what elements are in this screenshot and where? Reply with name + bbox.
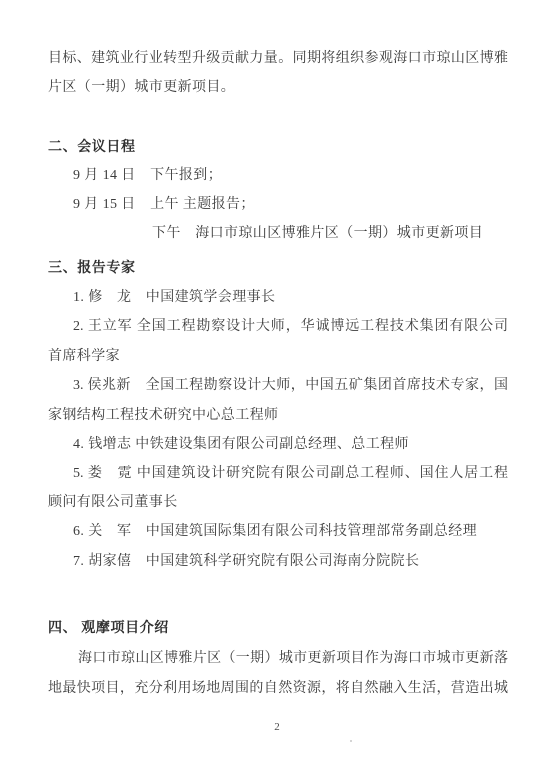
- expert-item-5-line-1: 5. 娄 霓 中国建筑设计研究院有限公司副总工程师、国住人居工程: [48, 465, 508, 482]
- expert-item-1: 1. 修 龙 中国建筑学会理事长: [48, 289, 508, 306]
- tour-line-2: 地最快项目，充分利用场地周围的自然资源，将自然融入生活，营造出城: [48, 680, 508, 697]
- experts-heading: 三、报告专家: [48, 260, 508, 277]
- page-number: 2: [0, 720, 554, 734]
- agenda-heading: 二、会议日程: [48, 139, 508, 156]
- intro-line-1: 目标、建筑业行业转型升级贡献力量。同期将组织参观海口市琼山区博雅: [48, 50, 508, 67]
- tour-heading: 四、 观摩项目介绍: [48, 620, 508, 637]
- expert-item-5-line-2: 顾问有限公司董事长: [48, 494, 508, 511]
- expert-item-3-line-2: 家钢结构工程技术研究中心总工程师: [48, 407, 508, 424]
- agenda-item-1: 9 月 14 日 下午报到；: [73, 167, 508, 184]
- agenda-item-2: 9 月 15 日 上午 主题报告；: [73, 196, 508, 213]
- expert-item-2-line-1: 2. 王立军 全国工程勘察设计大师，华诚博远工程技术集团有限公司: [48, 318, 508, 335]
- intro-line-2: 片区（一期）城市更新项目。: [48, 79, 508, 96]
- expert-item-6: 6. 关 军 中国建筑国际集团有限公司科技管理部常务副总经理: [48, 523, 508, 540]
- document-page: 目标、建筑业行业转型升级贡献力量。同期将组织参观海口市琼山区博雅 片区（一期）城…: [0, 0, 554, 783]
- expert-item-3-line-1: 3. 侯兆新 全国工程勘察设计大师，中国五矿集团首席技术专家，国: [48, 377, 508, 394]
- expert-item-2-line-2: 首席科学家: [48, 348, 508, 365]
- ink-speck: [350, 740, 352, 742]
- expert-item-4: 4. 钱增志 中铁建设集团有限公司副总经理、总工程师: [48, 436, 508, 453]
- expert-item-7: 7. 胡家僖 中国建筑科学研究院有限公司海南分院院长: [48, 553, 508, 570]
- tour-line-1: 海口市琼山区博雅片区（一期）城市更新项目作为海口市城市更新落: [48, 650, 508, 667]
- agenda-item-3: 下午 海口市琼山区博雅片区（一期）城市更新项目: [152, 225, 508, 242]
